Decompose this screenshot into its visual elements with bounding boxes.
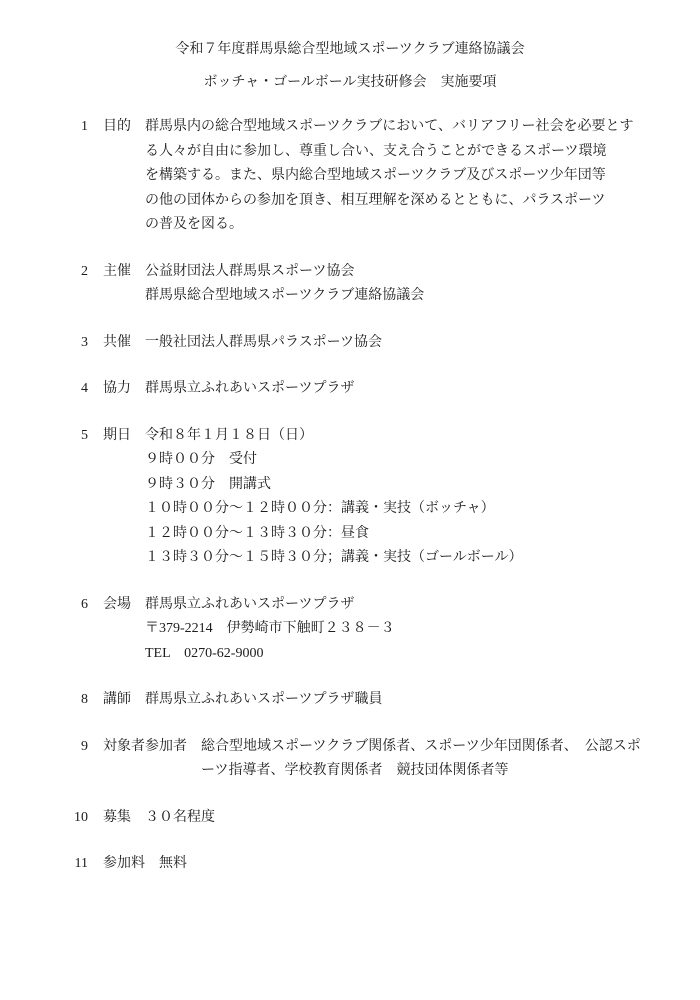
section-fee: 11 参加料 無料	[0, 852, 700, 877]
text-line: る人々が自由に参加し、尊重し合い、支え合うことができるスポーツ環境	[145, 140, 633, 165]
section-label: 主催	[103, 260, 131, 285]
text-line: 公益財団法人群馬県スポーツ協会	[145, 260, 424, 285]
section-content: 総合型地域スポーツクラブ関係者、スポーツ少年団関係者、 公認スポ ーツ指導者、学…	[201, 735, 641, 784]
section-content: 群馬県内の総合型地域スポーツクラブにおいて、バリアフリー社会を必要とす る人々が…	[145, 115, 633, 238]
section-number: 9	[0, 735, 88, 760]
section-venue: 6 会場 群馬県立ふれあいスポーツプラザ 〒379-2214 伊勢崎市下触町２３…	[0, 593, 700, 667]
section-label: 参加料	[103, 852, 145, 877]
section-number: 8	[0, 688, 88, 713]
section-content: ３０名程度	[145, 806, 215, 831]
text-line: の他の団体からの参加を頂き、相互理解を深めるとともに、パラスポーツ	[145, 189, 633, 214]
section-number: 10	[0, 806, 88, 831]
section-number: 4	[0, 377, 88, 402]
document-title: 令和７年度群馬県総合型地域スポーツクラブ連絡協議会	[0, 38, 700, 63]
section-content: 公益財団法人群馬県スポーツ協会 群馬県総合型地域スポーツクラブ連絡協議会	[145, 260, 424, 309]
section-cooperation: 4 協力 群馬県立ふれあいスポーツプラザ	[0, 377, 700, 402]
venue-phone: TEL 0270-62-9000	[145, 642, 395, 667]
venue-address: 〒379-2214 伊勢崎市下触町２３８－３	[145, 617, 395, 642]
section-date: 5 期日 令和８年１月１８日（日） ９時００分 受付 ９時３０分 開講式 １０時…	[0, 424, 700, 571]
section-number: 6	[0, 593, 88, 618]
section-number: 2	[0, 260, 88, 285]
venue-name: 群馬県立ふれあいスポーツプラザ	[145, 593, 395, 618]
schedule-line: ９時３０分 開講式	[145, 473, 522, 498]
section-content: 一般社団法人群馬県パラスポーツ協会	[145, 331, 382, 356]
text-line: 群馬県立ふれあいスポーツプラザ	[145, 377, 354, 402]
section-content: 群馬県立ふれあいスポーツプラザ職員	[145, 688, 382, 713]
section-content: 群馬県立ふれあいスポーツプラザ	[145, 377, 354, 402]
section-label: 協力	[103, 377, 131, 402]
document-page: 令和７年度群馬県総合型地域スポーツクラブ連絡協議会 ボッチャ・ゴールボール実技研…	[0, 0, 700, 1000]
text-line: 群馬県総合型地域スポーツクラブ連絡協議会	[145, 284, 424, 309]
section-number: 1	[0, 115, 88, 140]
section-purpose: 1 目的 群馬県内の総合型地域スポーツクラブにおいて、バリアフリー社会を必要とす…	[0, 115, 700, 238]
text-line: を構築する。また、県内総合型地域スポーツクラブ及びスポーツ少年団等	[145, 164, 633, 189]
schedule-line: ９時００分 受付	[145, 448, 522, 473]
section-participants: 9 対象者参加者 総合型地域スポーツクラブ関係者、スポーツ少年団関係者、 公認ス…	[0, 735, 700, 784]
section-host: 2 主催 公益財団法人群馬県スポーツ協会 群馬県総合型地域スポーツクラブ連絡協議…	[0, 260, 700, 309]
section-instructor: 8 講師 群馬県立ふれあいスポーツプラザ職員	[0, 688, 700, 713]
section-number: 3	[0, 331, 88, 356]
section-label: 期日	[103, 424, 131, 449]
schedule-line: １３時３０分～１５時３０分；講義・実技（ゴールボール）	[145, 546, 522, 571]
section-number: 11	[0, 852, 88, 877]
section-content: 無料	[159, 852, 187, 877]
schedule-line: １２時００分～１３時３０分：昼食	[145, 522, 522, 547]
text-line: 無料	[159, 852, 187, 877]
section-label: 会場	[103, 593, 131, 618]
section-label: 共催	[103, 331, 131, 356]
text-line: 令和８年１月１８日（日）	[145, 424, 522, 449]
section-label: 目的	[103, 115, 131, 140]
section-cohost: 3 共催 一般社団法人群馬県パラスポーツ協会	[0, 331, 700, 356]
text-line: 総合型地域スポーツクラブ関係者、スポーツ少年団関係者、 公認スポ	[201, 735, 641, 760]
section-content: 令和８年１月１８日（日） ９時００分 受付 ９時３０分 開講式 １０時００分～１…	[145, 424, 522, 571]
section-content: 群馬県立ふれあいスポーツプラザ 〒379-2214 伊勢崎市下触町２３８－３ T…	[145, 593, 395, 667]
text-line: の普及を図る。	[145, 213, 633, 238]
text-line: 群馬県立ふれあいスポーツプラザ職員	[145, 688, 382, 713]
schedule-line: １０時００分～１２時００分：講義・実技（ボッチャ）	[145, 497, 522, 522]
section-capacity: 10 募集 ３０名程度	[0, 806, 700, 831]
text-line: ３０名程度	[145, 806, 215, 831]
document-subtitle: ボッチャ・ゴールボール実技研修会 実施要項	[0, 71, 700, 96]
section-number: 5	[0, 424, 88, 449]
section-label: 対象者参加者	[103, 735, 187, 760]
section-label: 講師	[103, 688, 131, 713]
document-body: 1 目的 群馬県内の総合型地域スポーツクラブにおいて、バリアフリー社会を必要とす…	[0, 115, 700, 877]
text-line: ーツ指導者、学校教育関係者 競技団体関係者等	[201, 759, 641, 784]
section-label: 募集	[103, 806, 131, 831]
text-line: 一般社団法人群馬県パラスポーツ協会	[145, 331, 382, 356]
text-line: 群馬県内の総合型地域スポーツクラブにおいて、バリアフリー社会を必要とす	[145, 115, 633, 140]
